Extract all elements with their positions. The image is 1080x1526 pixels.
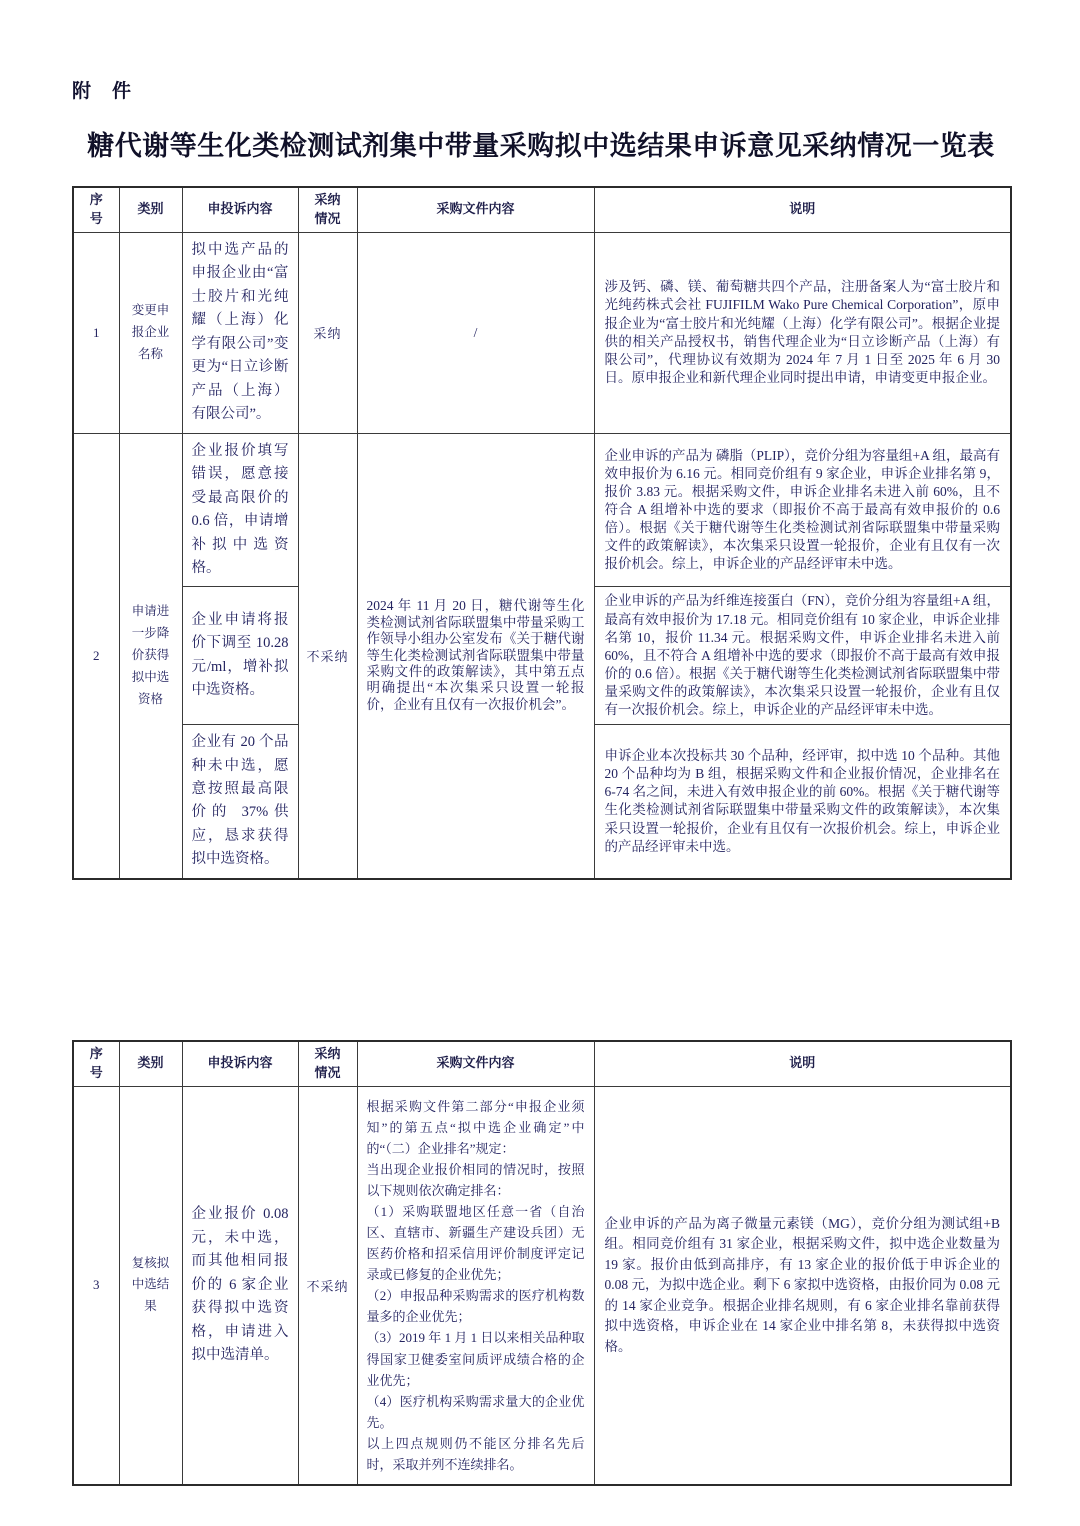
appeal-table-page1: 序号 类别 申投诉内容 采纳情况 采购文件内容 说明 1 变更申报企业名称 拟中…: [72, 186, 1012, 880]
header-adoption: 采纳情况: [298, 187, 357, 232]
row2-sub1-explanation: 企业申诉的产品为 磷脂（PLIP），竞价分组为容量组+A 组，最高有效申报价为 …: [594, 433, 1011, 587]
row3-seq: 3: [73, 1086, 119, 1485]
row2-sub3-explanation: 申诉企业本次投标共 30 个品种，经评审，拟中选 10 个品种。其他 20 个品…: [594, 725, 1011, 879]
header-complaint: 申投诉内容: [182, 187, 298, 232]
header-seq: 序号: [73, 1041, 119, 1086]
row2-doc-content: 2024 年 11 月 20 日，糖代谢等生化类检测试剂省际联盟集中带量采购工作…: [357, 433, 594, 879]
header-explanation: 说明: [594, 187, 1011, 232]
table1-header-row: 序号 类别 申投诉内容 采纳情况 采购文件内容 说明: [73, 187, 1011, 232]
row3-explanation: 企业申诉的产品为离子微量元素镁（MG），竞价分组为测试组+B 组。相同竞价组有 …: [594, 1086, 1011, 1485]
page-title: 糖代谢等生化类检测试剂集中带量采购拟中选结果申诉意见采纳情况一览表: [72, 124, 1010, 163]
table-row-3: 3 复核拟中选结果 企业报价 0.08 元，未中选，而其他相同报价的 6 家企业…: [73, 1086, 1011, 1485]
row3-category: 复核拟中选结果: [119, 1086, 182, 1485]
row3-doc-content: 根据采购文件第二部分“申报企业须知”的第五点“拟中选企业确定”中的“（二）企业排…: [357, 1086, 594, 1485]
table-row-2-sub-1: 2 申请进一步降价获得拟中选资格 企业报价填写错误，愿意接受最高限价的 0.6 …: [73, 433, 1011, 587]
header-doc-content: 采购文件内容: [357, 1041, 594, 1086]
table-row-1: 1 变更申报企业名称 拟中选产品的申报企业由“富士胶片和光纯耀（上海）化学有限公…: [73, 232, 1011, 433]
appeal-table-page2: 序号 类别 申投诉内容 采纳情况 采购文件内容 说明 3 复核拟中选结果 企业报…: [72, 1040, 1012, 1486]
header-adoption: 采纳情况: [298, 1041, 357, 1086]
header-category: 类别: [119, 187, 182, 232]
header-explanation: 说明: [594, 1041, 1011, 1086]
row2-sub3-complaint: 企业有 20 个品种未中选，愿意按照最高限价的 37%供应，恳求获得拟中选资格。: [182, 725, 298, 879]
row3-adoption: 不采纳: [298, 1086, 357, 1485]
row1-category: 变更申报企业名称: [119, 232, 182, 433]
document-page: 附 件 糖代谢等生化类检测试剂集中带量采购拟中选结果申诉意见采纳情况一览表 序号…: [0, 0, 1080, 1526]
row2-sub1-complaint: 企业报价填写错误，愿意接受最高限价的 0.6 倍，申请增补拟中选资格。: [182, 433, 298, 587]
header-category: 类别: [119, 1041, 182, 1086]
row1-adoption: 采纳: [298, 232, 357, 433]
header-seq: 序号: [73, 187, 119, 232]
row3-complaint: 企业报价 0.08 元，未中选，而其他相同报价的 6 家企业获得拟中选资格，申请…: [182, 1086, 298, 1485]
row1-seq: 1: [73, 232, 119, 433]
row2-seq: 2: [73, 433, 119, 879]
row1-doc-content: /: [357, 232, 594, 433]
attachment-label: 附 件: [72, 76, 1010, 103]
table2-header-row: 序号 类别 申投诉内容 采纳情况 采购文件内容 说明: [73, 1041, 1011, 1086]
row2-sub2-complaint: 企业申请将报价下调至 10.28 元/ml，增补拟中选资格。: [182, 587, 298, 725]
row1-complaint: 拟中选产品的申报企业由“富士胶片和光纯耀（上海）化学有限公司”变更为“日立诊断产…: [182, 232, 298, 433]
header-doc-content: 采购文件内容: [357, 187, 594, 232]
row2-adoption: 不采纳: [298, 433, 357, 879]
row2-sub2-explanation: 企业申诉的产品为纤维连接蛋白（FN），竞价分组为容量组+A 组，最高有效申报价为…: [594, 587, 1011, 725]
row1-explanation: 涉及钙、磷、镁、葡萄糖共四个产品，注册备案人为“富士胶片和光纯药株式会社 FUJ…: [594, 232, 1011, 433]
header-complaint: 申投诉内容: [182, 1041, 298, 1086]
row2-category: 申请进一步降价获得拟中选资格: [119, 433, 182, 879]
